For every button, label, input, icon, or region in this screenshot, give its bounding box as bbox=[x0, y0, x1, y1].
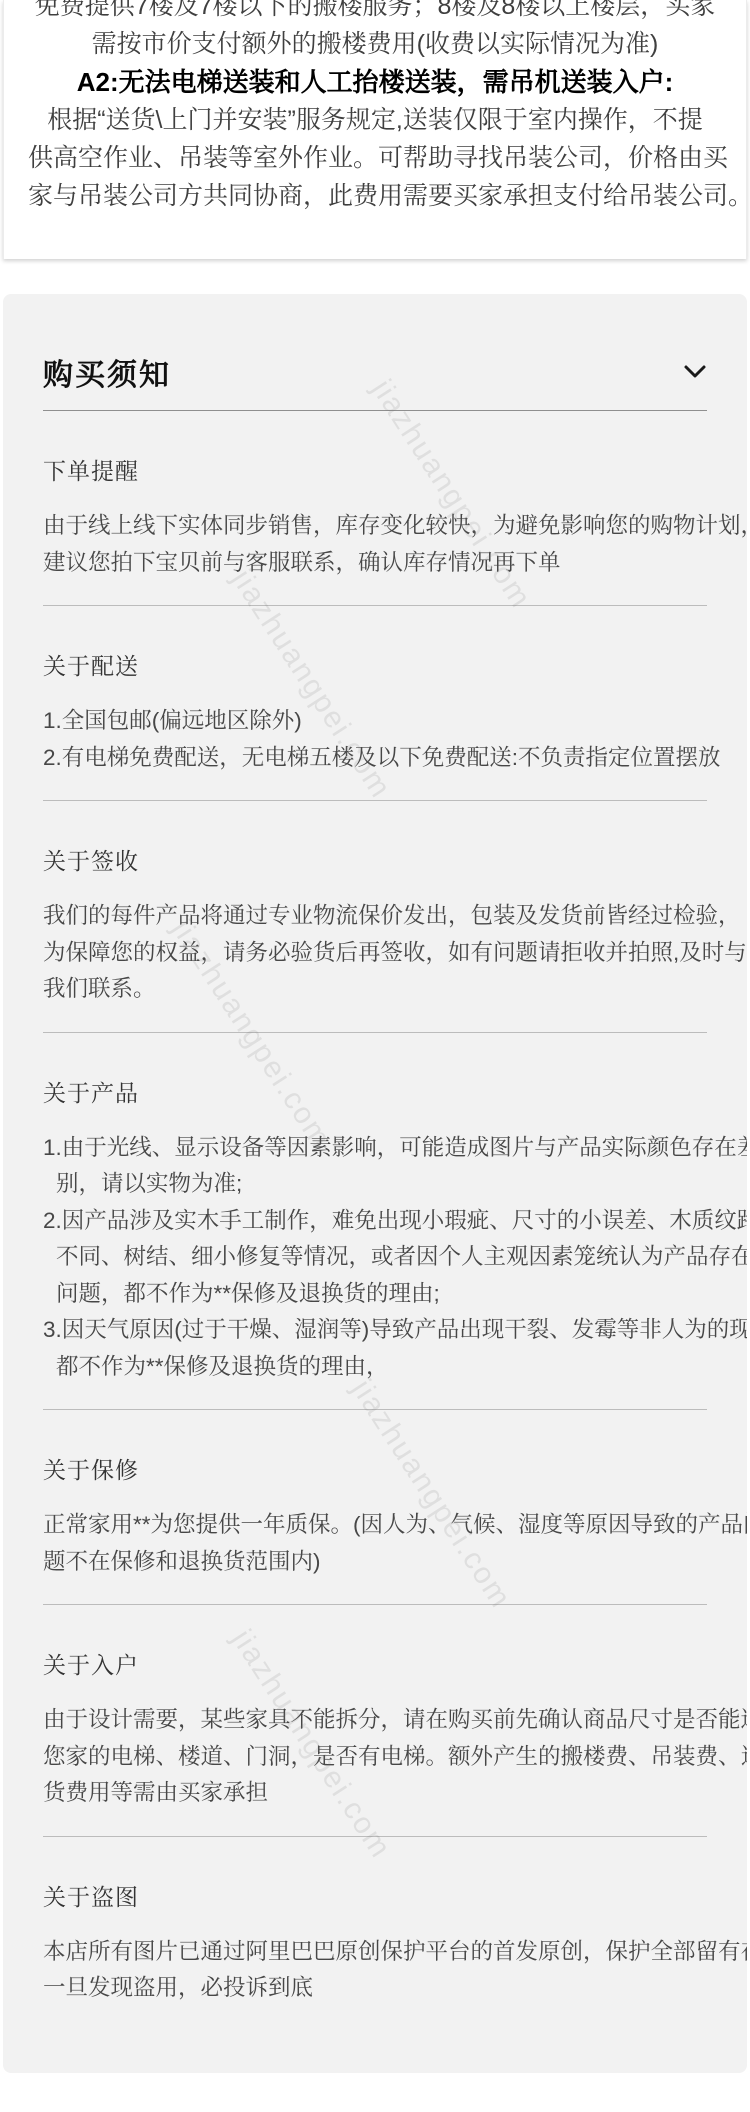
notice-line: 供高空作业、吊装等室外作业。可帮助寻找吊装公司，价格由买 bbox=[28, 139, 722, 177]
chevron-down-icon[interactable] bbox=[683, 364, 707, 380]
divider bbox=[43, 800, 707, 801]
section-text-line: 建议您拍下宝贝前与客服联系，确认库存情况再下单 bbox=[43, 545, 707, 582]
section-image-theft: 关于盗图 本店所有图片已通过阿里巴巴原创保护平台的首发原创，保护全部留有存根 一… bbox=[43, 1879, 707, 2007]
section-text-line: 1.由于光线、显示设备等因素影响，可能造成图片与产品实际颜色存在差 bbox=[43, 1130, 707, 1167]
section-delivery: 关于配送 1.全国包邮(偏远地区除外) 2.有电梯免费配送，无电梯五楼及以下免费… bbox=[43, 648, 707, 801]
section-heading: 下单提醒 bbox=[43, 453, 707, 486]
notice-line-emphasis: A2:无法电梯送装和人工抬楼送装，需吊机送装入户: bbox=[28, 63, 722, 101]
section-product: 关于产品 1.由于光线、显示设备等因素影响，可能造成图片与产品实际颜色存在差 别… bbox=[43, 1075, 707, 1411]
section-home-entry: 关于入户 由于设计需要，某些家具不能拆分，请在购买前先确认商品尺寸是否能通过 您… bbox=[43, 1647, 707, 1837]
notice-line: 免费提供7楼及7楼以下的搬楼服务；8楼及8楼以上楼层，买家 bbox=[28, 0, 722, 25]
card-gap bbox=[0, 259, 750, 294]
section-text-line: 2.有电梯免费配送，无电梯五楼及以下免费配送:不负责指定位置摆放 bbox=[43, 740, 707, 777]
section-heading: 关于签收 bbox=[43, 843, 707, 876]
section-text-line: 我们的每件产品将通过专业物流保价发出，包装及发货前皆经过检验， bbox=[43, 898, 707, 935]
section-text-line: 货费用等需由买家承担 bbox=[43, 1775, 707, 1812]
section-warranty: 关于保修 正常家用**为您提供一年质保。(因人为、气候、湿度等原因导致的产品问 … bbox=[43, 1452, 707, 1605]
section-text-line: 都不作为**保修及退换货的理由， bbox=[43, 1349, 707, 1386]
divider bbox=[43, 1409, 707, 1410]
title-divider bbox=[43, 410, 707, 411]
section-text-line: 由于设计需要，某些家具不能拆分，请在购买前先确认商品尺寸是否能通过 bbox=[43, 1702, 707, 1739]
section-heading: 关于产品 bbox=[43, 1075, 707, 1108]
divider bbox=[43, 1032, 707, 1033]
section-text-line: 我们联系。 bbox=[43, 971, 707, 1008]
divider bbox=[43, 1604, 707, 1605]
notice-line: 家与吊装公司方共同协商，此费用需要买家承担支付给吊装公司。 bbox=[28, 177, 722, 215]
purchase-notes-title: 购买须知 bbox=[43, 350, 171, 394]
section-text-line: 问题，都不作为**保修及退换货的理由; bbox=[43, 1276, 707, 1313]
section-text-line: 您家的电梯、楼道、门洞，是否有电梯。额外产生的搬楼费、吊装费、退换 bbox=[43, 1739, 707, 1776]
purchase-notes-header[interactable]: 购买须知 bbox=[43, 350, 707, 394]
section-heading: 关于保修 bbox=[43, 1452, 707, 1485]
section-text-line: 1.全国包邮(偏远地区除外) bbox=[43, 703, 707, 740]
section-text-line: 别，请以实物为准; bbox=[43, 1166, 707, 1203]
section-text-line: 3.因天气原因(过于干燥、湿润等)导致产品出现干裂、发霉等非人为的现象 bbox=[43, 1312, 707, 1349]
divider bbox=[43, 605, 707, 606]
notice-line: 需按市价支付额外的搬楼费用(收费以实际情况为准) bbox=[28, 25, 722, 63]
shipping-notice-card: 免费提供7楼及7楼以下的搬楼服务；8楼及8楼以上楼层，买家 需按市价支付额外的搬… bbox=[3, 0, 747, 259]
section-text-line: 2.因产品涉及实木手工制作，难免出现小瑕疵、尺寸的小误差、木质纹路 bbox=[43, 1203, 707, 1240]
section-order-reminder: 下单提醒 由于线上线下实体同步销售，库存变化较快，为避免影响您的购物计划， 建议… bbox=[43, 453, 707, 606]
section-heading: 关于配送 bbox=[43, 648, 707, 681]
divider bbox=[43, 1836, 707, 1837]
section-text-line: 本店所有图片已通过阿里巴巴原创保护平台的首发原创，保护全部留有存根 bbox=[43, 1934, 707, 1971]
section-text-line: 不同、树结、细小修复等情况，或者因个人主观因素笼统认为产品存在 bbox=[43, 1239, 707, 1276]
notice-line: 根据“送货\上门并安装”服务规定,送装仅限于室内操作，不提 bbox=[28, 101, 722, 139]
section-text-line: 由于线上线下实体同步销售，库存变化较快，为避免影响您的购物计划， bbox=[43, 508, 707, 545]
section-text-line: 为保障您的权益，请务必验货后再签收，如有问题请拒收并拍照,及时与 bbox=[43, 935, 707, 972]
section-heading: 关于盗图 bbox=[43, 1879, 707, 1912]
section-text-line: 正常家用**为您提供一年质保。(因人为、气候、湿度等原因导致的产品问 bbox=[43, 1507, 707, 1544]
section-sign-receipt: 关于签收 我们的每件产品将通过专业物流保价发出，包装及发货前皆经过检验， 为保障… bbox=[43, 843, 707, 1033]
purchase-notes-card: jiazhuangpei.com jiazhuangpei.com jiazhu… bbox=[3, 294, 747, 2073]
section-text-line: 一旦发现盗用，必投诉到底 bbox=[43, 1970, 707, 2007]
section-text-line: 题不在保修和退换货范围内) bbox=[43, 1544, 707, 1581]
section-heading: 关于入户 bbox=[43, 1647, 707, 1680]
